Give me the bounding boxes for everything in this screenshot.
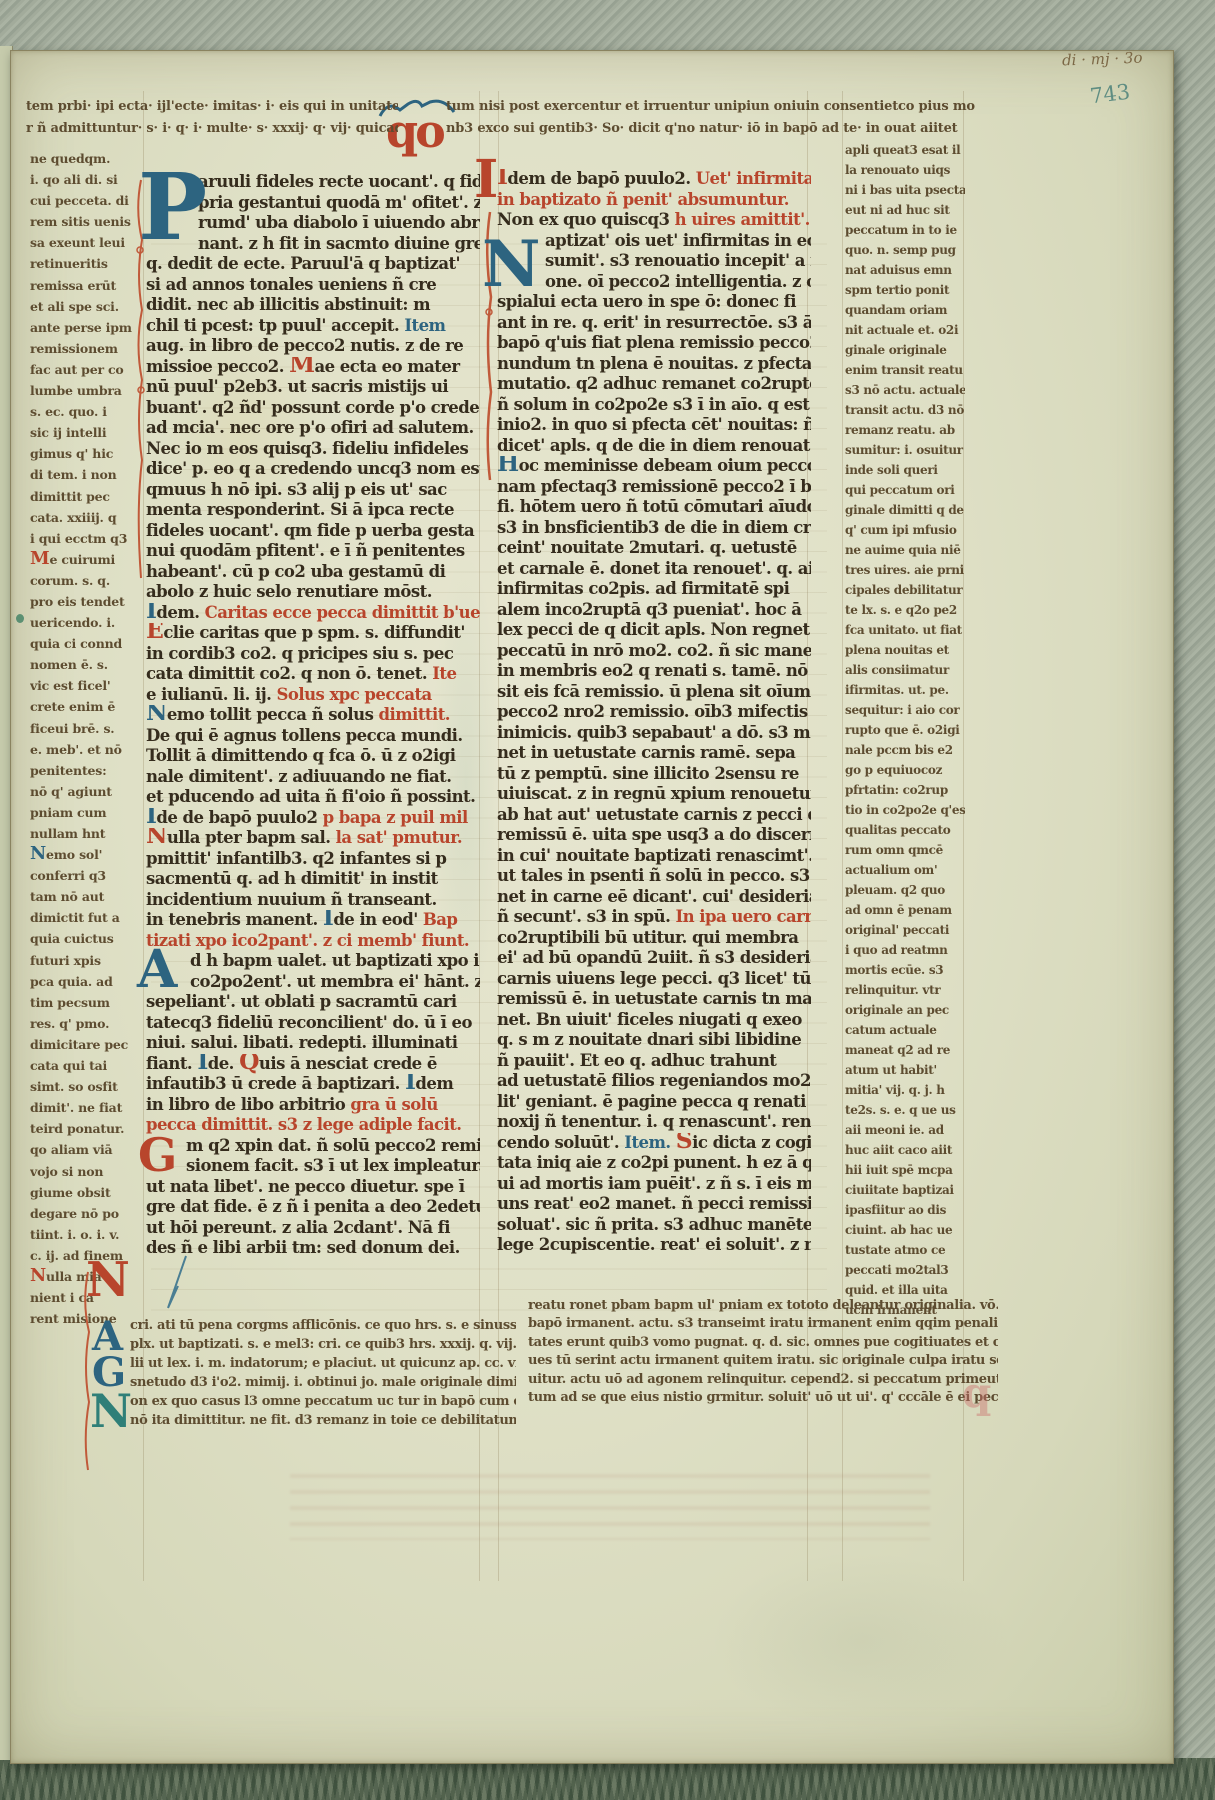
text-line: tio in co2po2e q'est (845, 800, 965, 820)
folio-number: 743 (1089, 80, 1132, 109)
text-line: corum. s. q. (30, 570, 142, 591)
text-line: nam pfectaq3 remissionē pecco2 ī bapō (497, 477, 811, 498)
text-line: nullam hnt (30, 823, 142, 844)
text-line: carnis uiuens lege pecci. q3 licet' tū (497, 969, 811, 990)
text-line: res. q' pmo. (30, 1013, 142, 1034)
text-line: vic est ficel' (30, 675, 142, 696)
text-line: tizati xpo ico2pant'. z ci memb' fiunt. (146, 931, 480, 952)
text-line: des ñ e libi arbii tm: sed donum dei. (146, 1238, 480, 1259)
stain (711, 1551, 1011, 1731)
text-line: i quo ad reatmn (845, 940, 965, 960)
text-line: q' cum ipi mfusio (845, 520, 965, 540)
text-line: ñ secunt'. s3 in spū. In ipa uero carne (497, 907, 811, 928)
text-line: tates erunt quib3 vomo pugnat. q. d. sic… (528, 1334, 998, 1352)
text-line: ad mcia'. nec ore p'o ofiri ad salutem. (146, 418, 480, 439)
text-line: Idem. Caritas ecce pecca dimittit b'uene… (146, 603, 480, 624)
text-line: chil ti pcest: tp puul' accepit. Item (146, 316, 480, 337)
shelfmark-annotation: di · mj · 3o (1062, 49, 1143, 70)
text-line: futuri xpis (30, 950, 142, 971)
text-line: soluat'. sic ñ prita. s3 adhuc manēte (497, 1215, 811, 1236)
text-line: Hoc meminisse debeam oium pecco2 ple (497, 456, 811, 477)
text-line: dimicitare pec (30, 1034, 142, 1055)
text-line: ut tales in psenti ñ solū in pecco. s3 ī (497, 866, 811, 887)
text-line: gimus q' hic (30, 443, 142, 464)
text-line: fca unitato. ut fiat (845, 620, 965, 640)
text-line: incidentium nuuium ñ transeant. (146, 890, 480, 911)
text-line: go p equiuocoz (845, 760, 965, 780)
text-line: et ali spe sci. (30, 296, 142, 317)
text-line: pecco2 nro2 remissio. oīb3 mifectis (497, 702, 811, 723)
text-line: bapō q'uis fiat plena remissio pecco2. (497, 333, 811, 354)
text-line: on ex quo casus l3 omne peccatum uc tur … (130, 1392, 516, 1411)
text-line: ifirmitas. ut. pe. (845, 680, 965, 700)
text-line: quia ci connd (30, 633, 142, 654)
text-line: mortis ecūe. s3 (845, 960, 965, 980)
text-line: vojo si non (30, 1161, 142, 1182)
bottom-gloss-right: reatu ronet pbam bapm ul' pniam ex totot… (528, 1297, 998, 1407)
text-line: transit actu. d3 nō (845, 400, 965, 420)
text-line: plx. ut baptizati. s. e mel3: cri. ce qu… (130, 1335, 516, 1354)
text-line: actualium om' (845, 860, 965, 880)
text-line: ante perse ipm (30, 317, 142, 338)
text-line: tiint. i. o. i. v. (30, 1224, 142, 1245)
text-line: lege 2cupiscentie. reat' ei soluit'. z n… (497, 1235, 811, 1256)
text-line: gre dat fide. ē z ñ i penita a deo 2edet… (146, 1197, 480, 1218)
text-line: uns reat' eo2 manet. ñ pecci remissiōe (497, 1194, 811, 1215)
text-line: sumitur: i. osuitur (845, 440, 965, 460)
text-line: plena nouitas et (845, 640, 965, 660)
text-line: spialui ecta uero in spe ō: donec fi (497, 292, 811, 313)
text-line: atum ut habit' (845, 1060, 965, 1080)
text-line: q. s m z nouitate dnari sibi libidine (497, 1030, 811, 1051)
text-line: remanz reatu. ab (845, 420, 965, 440)
text-line: et pducendo ad uita ñ fi'oio ñ possint. (146, 787, 480, 808)
text-line: Idem de bapō puulo2. Uet' infirmitas (497, 169, 811, 190)
text-line: nui quodām pfitent'. e ī ñ penitentes (146, 541, 480, 562)
decorated-initial-a: A (137, 948, 177, 992)
text-line: tustate atmo ce (845, 1240, 965, 1260)
text-line: remissionem (30, 338, 142, 359)
text-line: uericendo. i. (30, 612, 142, 633)
text-line: e iulianū. li. ij. Solus xpc peccata (146, 685, 480, 706)
text-line: in membris eo2 q renati s. tamē. nō (497, 661, 811, 682)
text-line: fac aut per co (30, 359, 142, 380)
text-line: inde soli queri (845, 460, 965, 480)
margin-gloss-right: apli queat3 esat illa renouato uiqsni i … (845, 140, 965, 1320)
text-line: di tem. i non (30, 464, 142, 485)
decorated-initial-i: I (474, 158, 498, 202)
text-line: catum actuale (845, 1020, 965, 1040)
text-line: one. oī pecco2 intelligentia. z opmōe (497, 272, 811, 293)
text-line: ut hōi pereunt. z alia 2cdant'. Nā fi (146, 1218, 480, 1239)
margin-gloss-left: ne quedqm.i. qo ali di. sicui pecceta. d… (30, 148, 142, 1329)
text-line: sequitur: i aio cor (845, 700, 965, 720)
text-line: et carnale ē. donet ita renouet'. q. aia… (497, 559, 811, 580)
text-line: i. qo ali di. si (30, 169, 142, 190)
text-line: remissa erūt (30, 275, 142, 296)
text-line: ui ad mortis iam puēit'. z ñ s. ī eis m … (497, 1174, 811, 1195)
text-line: i qui ecctm q3 (30, 528, 142, 549)
text-line: degare nō po (30, 1203, 142, 1224)
text-line: si ad annos tonales ueniens ñ cre (146, 275, 480, 296)
text-line: te2s. s. e. q ue us (845, 1100, 965, 1120)
text-line: uitur. actu uō ad agonem relinquitur. ce… (528, 1371, 998, 1389)
text-line: s3 in bnsficientib3 de die in diem cres (497, 518, 811, 539)
text-line: tum nisi post exercentur et irruentur un… (446, 96, 1030, 118)
text-line: tum ad se que eius nistio grmitur. solui… (528, 1389, 998, 1407)
text-line: menta responderint. Si ā ipca recte (146, 500, 480, 521)
text-line: rem sitis uenis (30, 211, 142, 232)
running-header-left: tem prbi· ipi ecta· ijl'ecte· imitas· i·… (26, 96, 398, 140)
text-line: sit eis fcā remissio. ū plena sit oīum (497, 682, 811, 703)
text-line: cendo soluūt'. Item. Sic dicta z cogi (497, 1133, 811, 1154)
text-line: ad omn ē penam (845, 900, 965, 920)
text-line: fiant. Ide. Quis ā nesciat crede ē (146, 1054, 480, 1075)
text-line: cata. xxiiij. q (30, 507, 142, 528)
text-line: sic ij intelli (30, 422, 142, 443)
text-line: s3 nō actu. actuale (845, 380, 965, 400)
text-line: simt. so osfit (30, 1076, 142, 1097)
text-line: enim transit reatu (845, 360, 965, 380)
text-line: penitentes: (30, 760, 142, 781)
bottom-gloss-left: cri. ati tū pena corgms afflicōnis. ce q… (130, 1316, 516, 1430)
text-line: Tollit ā dimittendo q fca ō. ū z o2igi (146, 746, 480, 767)
text-line: eut ni ad huc sit (845, 200, 965, 220)
text-line: net in uetustate carnis ramē. sepa (497, 743, 811, 764)
text-line: original' peccati (845, 920, 965, 940)
text-line: De qui ē agnus tollens pecca mundi. (146, 726, 480, 747)
text-line: ñ pauiit'. Et eo q. adhuc trahunt (497, 1051, 811, 1072)
text-line: hii iuit spē mcpa (845, 1160, 965, 1180)
text-line: pleuam. q2 quo (845, 880, 965, 900)
text-line: tim pecsum (30, 992, 142, 1013)
text-line: Non ex quo quiscq3 h uires amittit'. (497, 210, 811, 231)
text-line: originale an pec (845, 1000, 965, 1020)
text-line: pmittit' infantilb3. q2 infantes si p (146, 849, 480, 870)
text-line: ipasfiitur ao dis (845, 1200, 965, 1220)
pen-trial-mark-icon (164, 1256, 190, 1312)
text-line: lex pecci de q dicit apls. Non regnet (497, 620, 811, 641)
text-line: buant'. q2 ñd' possunt corde p'o crede (146, 398, 480, 419)
text-line: ginale originale (845, 340, 965, 360)
pigment-spot (16, 614, 24, 623)
text-line: fi. hōtem uero ñ totū cōmutari aīudo. (497, 497, 811, 518)
text-line: ues tū serint actu irmanent quitem iratu… (528, 1352, 998, 1370)
fabric-background-bottom (0, 1758, 1215, 1800)
text-line: sa exeunt leui (30, 232, 142, 253)
text-line: dimictit fut a (30, 907, 142, 928)
text-line: in baptizato ñ penit' absumuntur. (497, 190, 811, 211)
text-line: ficeui brē. s. (30, 718, 142, 739)
text-line: inimicis. quib3 sepabaut' a dō. s3 ma (497, 723, 811, 744)
text-line: huc aiit caco aiit (845, 1140, 965, 1160)
text-line: cui pecceta. di (30, 190, 142, 211)
text-line: nō ita dimittitur. ne fit. d3 remanz in … (130, 1411, 516, 1430)
text-line: giume obsit (30, 1182, 142, 1203)
text-line: apli queat3 esat il (845, 140, 965, 160)
text-line: in libro de libo arbitrio gra ū solū (146, 1095, 480, 1116)
text-line: m q2 xpin dat. ñ solū pecco2 remis (146, 1136, 480, 1157)
text-line: net in carne eē dicant'. cui' desideria (497, 887, 811, 908)
text-line: tam nō aut (30, 886, 142, 907)
text-line: spm tertio ponit (845, 280, 965, 300)
text-line: cipales debilitatur (845, 580, 965, 600)
text-line: in cordib3 co2. q pricipes siu s. pec (146, 644, 480, 665)
text-line: qo aliam viā (30, 1139, 142, 1160)
text-line: r ñ admittuntur· s· i· q· i· multe· s· x… (26, 118, 398, 140)
text-line: cri. ati tū pena corgms afflicōnis. ce q… (130, 1316, 516, 1335)
text-line: remissū ē. in uetustate carnis tn ma (497, 989, 811, 1010)
text-line: teird ponatur. (30, 1118, 142, 1139)
text-line: pfrtatin: co2rup (845, 780, 965, 800)
text-line: co2po2ent'. ut membra ei' hānt. z cū (146, 972, 480, 993)
text-line: bapō irmanent. actu. s3 transeimt iratu … (528, 1315, 998, 1333)
text-line: aii meoni ie. ad (845, 1120, 965, 1140)
text-line: rum omn qmcē (845, 840, 965, 860)
text-line: nō q' agiunt (30, 781, 142, 802)
text-line: ab hat aut' uetustate carnis z pecci q. (497, 805, 811, 826)
text-line: lit' geniant. ē pagine pecca q renati ob (497, 1092, 811, 1113)
text-line: infautib3 ū crede ā baptizari. Idem (146, 1074, 480, 1095)
text-line: in tenebris manent. Ide in eod' Bap (146, 910, 480, 931)
text-line: tem prbi· ipi ecta· ijl'ecte· imitas· i·… (26, 96, 398, 118)
text-line: mitia' vij. q. j. h (845, 1080, 965, 1100)
text-line: d h bapm ualet. ut baptizati xpo i (146, 951, 480, 972)
text-line: Ide de bapō puulo2 p bapa z puil mil (146, 808, 480, 829)
text-line: relinquitur. vtr (845, 980, 965, 1000)
text-line: nale pccm bis e2 (845, 740, 965, 760)
text-line: sionem facit. s3 ī ut lex impleatur. (146, 1156, 480, 1177)
text-line: in cui' nouitate baptizati renascimt'. (497, 846, 811, 867)
text-line: dimit'. ne fiat (30, 1097, 142, 1118)
text-line: tata iniq aie z co2pi punent. h ez ā qn (497, 1153, 811, 1174)
text-line: sepeliant'. ut oblati p sacramtū cari (146, 992, 480, 1013)
text-line: Nulla pter bapm sal. la sat' pmutur. (146, 828, 480, 849)
text-line: peccatum in to ie (845, 220, 965, 240)
text-line: habeant'. cū p co2 uba gestamū di (146, 562, 480, 583)
text-line: pro eis tendet (30, 591, 142, 612)
column-a: aruuli fideles recte uocant'. q fidem pp… (146, 172, 480, 1259)
text-line: noxij ñ tenentur. i. q renascunt'. renas (497, 1112, 811, 1133)
text-line: cata dimittit co2. q non ō. tenet. Ite (146, 664, 480, 685)
text-line: retinueritis (30, 253, 142, 274)
showthrough-letter: q (962, 1368, 991, 1417)
text-line: ei' ad bū opandū 2uiit. ñ s3 desideria (497, 948, 811, 969)
text-line: fideles uocant'. qm fide p uerba gesta (146, 521, 480, 542)
text-line: quo. n. semp pug (845, 240, 965, 260)
text-line: inio2. in quo si pfecta cēt' nouitas: ñ (497, 415, 811, 436)
text-line: Nemo sol' (30, 844, 142, 865)
text-line: pca quia. ad (30, 971, 142, 992)
text-line: e. meb'. et nō (30, 739, 142, 760)
text-line: ceint' nouitate 2mutari. q. uetustē (497, 538, 811, 559)
text-line: maneat q2 ad re (845, 1040, 965, 1060)
text-line: te lx. s. e q2o pe2 (845, 600, 965, 620)
text-line: ciuiitate baptizai (845, 1180, 965, 1200)
text-line: Me cuirumi (30, 549, 142, 570)
text-line: lii ut lex. i. m. indatorum; e placiut. … (130, 1354, 516, 1373)
text-line: alis consiimatur (845, 660, 965, 680)
decorated-initial-n: N (86, 1260, 130, 1301)
text-line: conferri q3 (30, 865, 142, 886)
text-line: dicet' apls. q de die in diem renouat' I… (497, 436, 811, 457)
text-line: qui peccatum ori (845, 480, 965, 500)
text-line: didit. nec ab illicitis abstinuit: m (146, 295, 480, 316)
decorated-initial-p: P (138, 168, 207, 246)
text-line: crete enim ē (30, 696, 142, 717)
text-line: sacmentū q. ad h dimitit' in instit (146, 869, 480, 890)
text-line: s. ec. quo. i (30, 401, 142, 422)
ink-showthrough (290, 1462, 930, 1540)
text-line: alem inco2ruptā q3 pueniat'. hoc ā (497, 600, 811, 621)
text-line: tū z pemptū. sine illicito 2sensu re (497, 764, 811, 785)
text-line: ciuint. ab hac ue (845, 1220, 965, 1240)
text-line: qualitas peccato (845, 820, 965, 840)
text-line: abolo z huic selo renutiare mōst. (146, 582, 480, 603)
text-line: nat aduisus emn (845, 260, 965, 280)
text-line: nomen ē. s. (30, 654, 142, 675)
decorated-initial-n: N (90, 1392, 132, 1431)
text-line: ne quedqm. (30, 148, 142, 169)
text-line: tatecq3 fideliū reconcilient' do. ū ī eo (146, 1013, 480, 1034)
text-line: peccatū in nrō mo2. co2. ñ sic maneat (497, 641, 811, 662)
text-line: lumbe umbra (30, 380, 142, 401)
running-header-right: tum nisi post exercentur et irruentur un… (446, 96, 1030, 140)
text-line: Nemo tollit pecca ñ solus dimittit. (146, 705, 480, 726)
text-line: ant in re. q. erit' in resurrectōe. s3 ā… (497, 313, 811, 334)
text-line: rupto que ē. o2igi (845, 720, 965, 740)
text-line: mutatio. q2 adhuc remanet co2rupto. (497, 374, 811, 395)
text-line: sumit'. s3 renouatio incepit' a remissi (497, 251, 811, 272)
text-line: nū puul' p2eb3. ut sacris mistijs ui (146, 377, 480, 398)
text-line: ut nata libet'. ne pecco diuetur. spe ī (146, 1177, 480, 1198)
text-line: ginale dimitti q de (845, 500, 965, 520)
text-line: dimittit pec (30, 486, 142, 507)
text-line: co2ruptibili bū utitur. qui membra (497, 928, 811, 949)
text-line: Eclie caritas que p spm. s. diffundit' (146, 623, 480, 644)
decorated-initial-n: N (482, 238, 541, 292)
text-line: missioe pecco2. Mae ecta eo mater (146, 357, 480, 378)
text-line: uiuiscat. z in regnū xpium renouetur. (497, 784, 811, 805)
text-line: pniam cum (30, 802, 142, 823)
text-line: quia cuictus (30, 928, 142, 949)
text-line: aug. in libro de pecco2 nutis. z de re (146, 336, 480, 357)
column-b: Idem de bapō puulo2. Uet' infirmitasin b… (497, 169, 811, 1256)
text-line: reatu ronet pbam bapm ul' pniam ex totot… (528, 1297, 998, 1315)
text-line: pecca dimittit. s3 z lege adiple facit. (146, 1115, 480, 1136)
decorated-initial-g: G (138, 1136, 177, 1175)
text-line: ñ solum in co2po2e s3 ī in aīo. q est hō (497, 395, 811, 416)
text-line: nundum tn plena ē nouitas. z pfecta (497, 354, 811, 375)
text-line: tres uires. aie prni (845, 560, 965, 580)
text-line: nit actuale et. o2i (845, 320, 965, 340)
text-line: nb3 exco sui gentib3· So· dicit q'no nat… (446, 118, 1030, 140)
text-line: qmuus h nō ipi. s3 alij p eis ut' sac (146, 480, 480, 501)
text-line: ne auime quia niē (845, 540, 965, 560)
text-line: ni i bas uita psecta (845, 180, 965, 200)
text-line: aptizat' ois uet' infirmitas in eo ab (497, 231, 811, 252)
text-line: snetudo d3 i'o2. mimij. i. obtinui jo. m… (130, 1373, 516, 1392)
text-line: dice' p. eo q a credendo uncq3 nom est. (146, 459, 480, 480)
text-line: quandam oriam (845, 300, 965, 320)
text-line: cata qui tai (30, 1055, 142, 1076)
text-line: net. Bn uiuit' ficeles niugati q exeo (497, 1010, 811, 1031)
text-line: remissū ē. uita spe usq3 a do discernit' (497, 825, 811, 846)
text-line: niui. salui. libati. redepti. illuminati (146, 1033, 480, 1054)
manuscript-photo: di · mj · 3o 743 qo tem prbi· ipi ecta· … (0, 0, 1215, 1800)
text-line: ad uetustatē filios regeniandos mo2ta (497, 1071, 811, 1092)
text-line: Nec io m eos quisq3. fideliu infideles (146, 439, 480, 460)
text-line: peccati mo2tal3 (845, 1260, 965, 1280)
text-line: la renouato uiqs (845, 160, 965, 180)
text-line: nale dimitent'. z adiuuando ne fiat. (146, 767, 480, 788)
text-line: infirmitas co2pis. ad firmitatē spi (497, 579, 811, 600)
